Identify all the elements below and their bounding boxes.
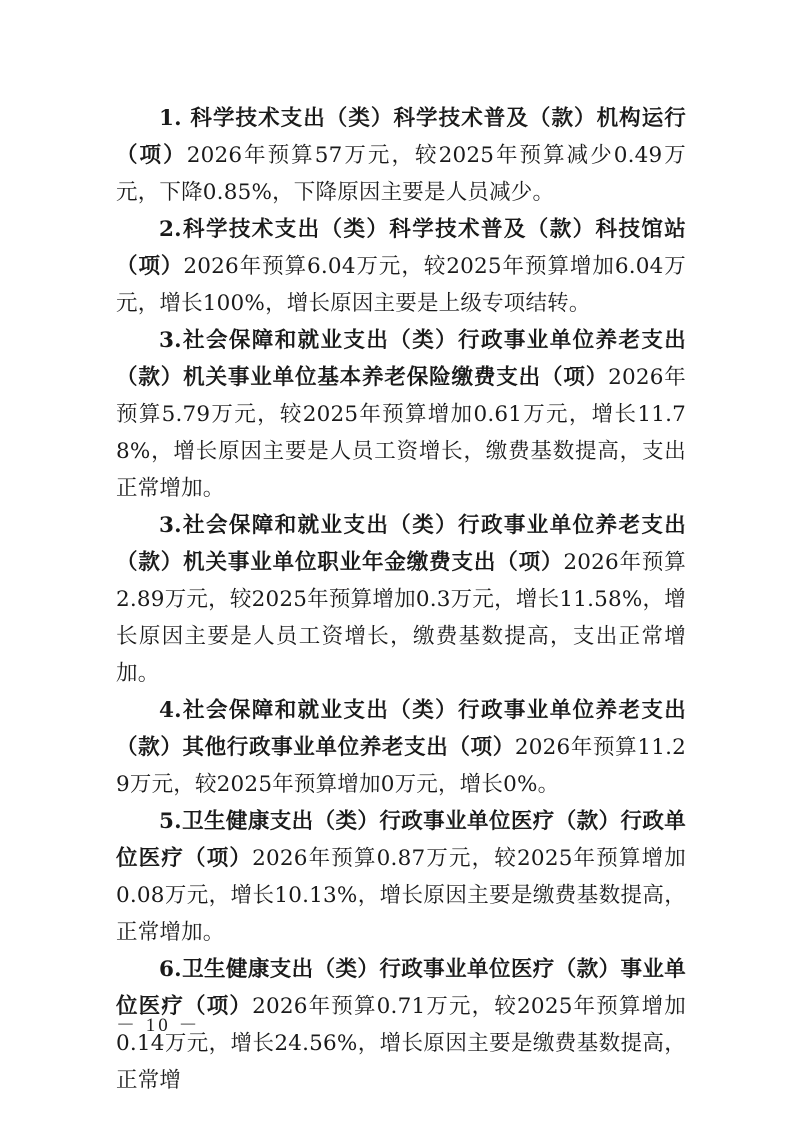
paragraph-heading: 3.社会保障和就业支出（类）行政事业单位养老支出（款）机关事业单位基本养老保险缴… xyxy=(116,328,686,390)
paragraph-3: 3.社会保障和就业支出（类）行政事业单位养老支出（款）机关事业单位基本养老保险缴… xyxy=(116,322,686,507)
paragraph-7: 6.卫生健康支出（类）行政事业单位医疗（款）事业单位医疗（项）2026年预算0.… xyxy=(116,951,686,1099)
paragraph-body: 2026年预算57万元，较2025年预算减少0.49万元，下降0.85%，下降原… xyxy=(116,143,686,205)
document-page: 1. 科学技术支出（类）科学技术普及（款）机构运行（项）2026年预算57万元，… xyxy=(116,100,686,1099)
paragraph-6: 5.卫生健康支出（类）行政事业单位医疗（款）行政单位医疗（项）2026年预算0.… xyxy=(116,803,686,951)
page-number: － 10 － xyxy=(116,1010,201,1037)
paragraph-4: 3.社会保障和就业支出（类）行政事业单位养老支出（款）机关事业单位职业年金缴费支… xyxy=(116,507,686,692)
paragraph-5: 4.社会保障和就业支出（类）行政事业单位养老支出（款）其他行政事业单位养老支出（… xyxy=(116,692,686,803)
paragraph-2: 2.科学技术支出（类）科学技术普及（款）科技馆站（项）2026年预算6.04万元… xyxy=(116,211,686,322)
paragraph-1: 1. 科学技术支出（类）科学技术普及（款）机构运行（项）2026年预算57万元，… xyxy=(116,100,686,211)
paragraph-body: 2026年预算6.04万元，较2025年预算增加6.04万元，增长100%，增长… xyxy=(116,254,686,316)
